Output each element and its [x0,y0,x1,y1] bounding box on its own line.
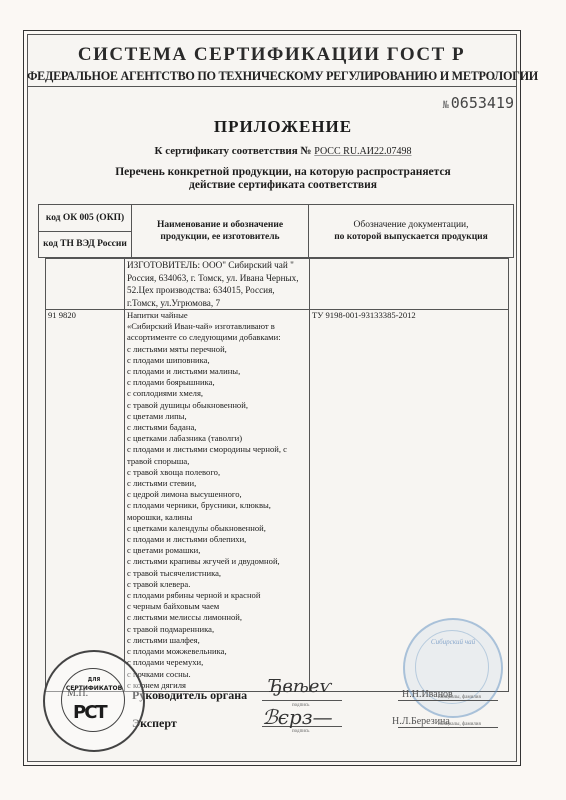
product-name-line2: «Сибирский Иван-чай» изготавливают в асс… [127,321,307,343]
rst-logo-icon: РСТ [73,702,106,723]
certificate-number: РОСС RU.АИ22.07498 [314,146,411,157]
table-row: ИЗГОТОВИТЕЛЬ: ООО" Сибирский чай " Росси… [46,259,509,310]
manufacturer-cell: ИЗГОТОВИТЕЛЬ: ООО" Сибирский чай " Росси… [125,259,310,310]
head-name-line [398,700,498,701]
head-name-caption: инициалы, фамилия [438,695,481,700]
header-documentation: Обозначение документации, по которой вып… [309,205,514,258]
additive-item: с плодами можжевельника, [127,646,307,657]
additives-list: с листьями мяты перечной,с плодами шипов… [127,344,307,691]
additive-item: с плодами черемухи, [127,657,307,668]
additive-item: с листьями мелиссы лимонной, [127,612,307,623]
additive-item: с листьями крапивы жгучей и двудомной, [127,556,307,567]
header-code-tnved: код ТН ВЭД России [39,231,132,258]
additive-item: с плодами боярышника, [127,377,307,388]
column-header-table: код ОК 005 (ОКП) Наименование и обозначе… [38,204,514,258]
additive-item: с травой душицы обыкновенной, [127,400,307,411]
expert-name-line [398,727,498,728]
additive-item: с цветами ромашки, [127,545,307,556]
list-title: Перечень конкретной продукции, на котору… [0,166,566,192]
head-signature-line [262,700,342,701]
additive-item: с цветками лабазника (таволги) [127,433,307,444]
additive-item: с листьями шалфея, [127,635,307,646]
number-sign: № [443,100,449,111]
head-signature: Ђвѣеѵ [268,676,332,697]
header-documentation-line1: Обозначение документации, [311,219,511,231]
system-title: СИСТЕМА СЕРТИФИКАЦИИ ГОСТ Р [27,44,516,66]
additive-item: с плодами и листьями облепихи, [127,534,307,545]
header-product-name: Наименование и обозначение продукции, ее… [132,205,309,258]
additive-item: с листьями стевии, [127,478,307,489]
additive-item: с черным байховым чаем [127,601,307,612]
seal-text-line2: СЕРТИФИКАТОВ [45,685,143,692]
agency-name: ФЕДЕРАЛЬНОЕ АГЕНТСТВО ПО ТЕХНИЧЕСКОМУ РЕ… [27,69,516,84]
header-code-okp: код ОК 005 (ОКП) [39,205,132,232]
additive-item: с плодами черники, брусники, клюквы, мор… [127,500,307,522]
additive-item: с плодами и листьями малины, [127,366,307,377]
manufacturer-doc-cell [310,259,509,310]
certification-seal: ДЛЯ СЕРТИФИКАТОВ М.П. РСТ [43,650,145,752]
additive-item: с плодами и листьями смородины черной, с… [127,444,307,466]
expert-name-caption: инициалы, фамилия [438,722,481,727]
additive-item: с цедрой лимона высушенного, [127,489,307,500]
additive-item: с травой хвоща полевого, [127,467,307,478]
header-product-name-line2: продукции, ее изготовитель [134,231,306,243]
product-name-cell: Напитки чайные «Сибирский Иван-чай» изго… [125,310,310,692]
seal-mp: М.П. [67,688,88,699]
certificate-reference: К сертификату соответствия № РОСС RU.АИ2… [0,145,566,157]
certificate-header: СИСТЕМА СЕРТИФИКАЦИИ ГОСТ Р ФЕДЕРАЛЬНОЕ … [27,34,516,87]
additive-item: с соплодиями хмеля, [127,388,307,399]
seal-text-line1: ДЛЯ [45,677,143,683]
additive-item: с плодами рябины черной и красной [127,590,307,601]
additive-item: с травой клевера. [127,579,307,590]
header-product-name-line1: Наименование и обозначение [134,219,306,231]
expert-signature-caption: подпись [292,729,309,734]
head-label: Руководитель органа [132,688,247,703]
certificate-reference-label: К сертификату соответствия № [155,145,312,157]
additive-item: с цветками календулы обыкновенной, [127,523,307,534]
blank-number-value: 0653419 [451,94,514,112]
document-title: ПРИЛОЖЕНИЕ [0,117,566,137]
additive-item: с цветами липы, [127,411,307,422]
list-title-line2: действие сертификата соответствия [0,179,566,192]
list-title-line1: Перечень конкретной продукции, на котору… [0,166,566,179]
blank-number: №0653419 [443,94,514,112]
header-documentation-line2: по которой выпускается продукция [311,231,511,243]
additive-item: с листьями бадана, [127,422,307,433]
product-code-cell: 91 9820 [46,310,125,692]
additive-item: с листьями мяты перечной, [127,344,307,355]
additive-item: с плодами шиповника, [127,355,307,366]
company-seal-text: Сибирский чай [405,638,501,646]
product-name-line1: Напитки чайные [127,310,307,321]
expert-signature: ℬєрз— [262,705,333,729]
additive-item: с травой подмаренника, [127,624,307,635]
additive-item: с травой тысячелистника, [127,568,307,579]
company-seal: Сибирский чай [403,618,503,718]
manufacturer-code-cell [46,259,125,310]
